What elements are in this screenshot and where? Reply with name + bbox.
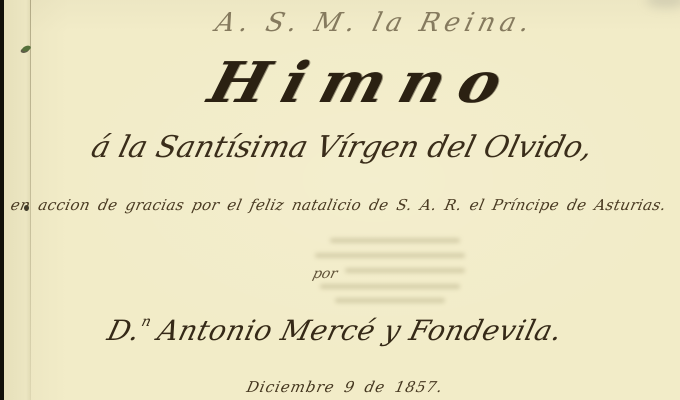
show-through-text (335, 298, 445, 303)
subtitle-line: á la Santísima Vírgen del Olvido, (13, 130, 672, 165)
show-through-text (315, 253, 465, 258)
show-through-text (330, 238, 460, 243)
author-line: D.n Antonio Mercé y Fondevila. (6, 314, 664, 347)
manuscript-page: A. S. M. la Reina. Himno á la Santísima … (0, 0, 680, 400)
corner-smudge (646, 0, 680, 8)
author-honorific: D. (104, 314, 144, 347)
dedication-line: A. S. M. la Reina. (46, 8, 680, 38)
page-title: Himno (3, 50, 680, 116)
author-name: Antonio Mercé y Fondevila. (145, 314, 566, 347)
show-through-text (320, 284, 460, 289)
date-line: Diciembre 9 de 1857. (18, 378, 672, 396)
byline-word: por (0, 266, 652, 282)
occasion-line: en accion de gracias por el feliz natali… (9, 196, 663, 214)
